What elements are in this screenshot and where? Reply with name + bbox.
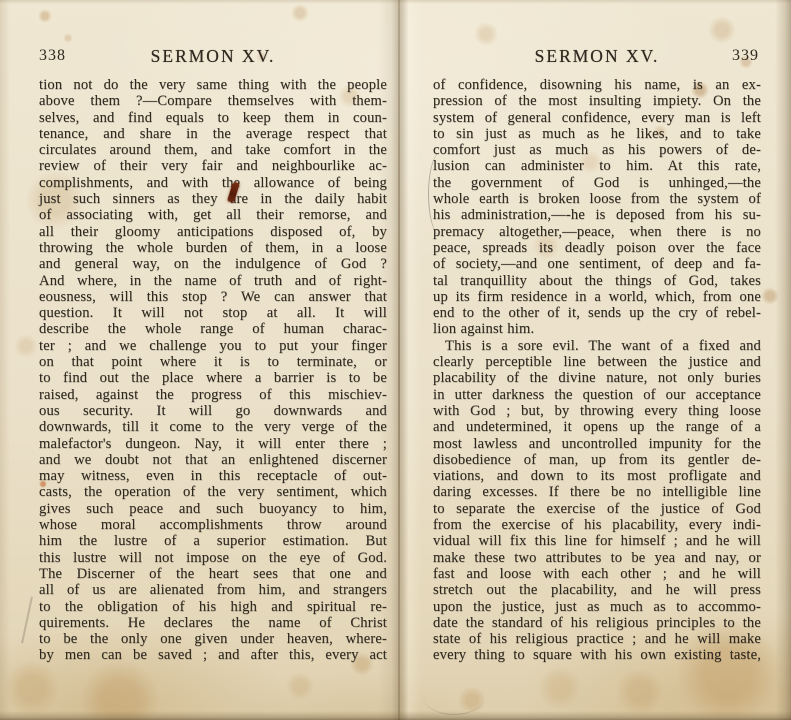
text-line: and general way, on the indulgence of Go… bbox=[39, 256, 387, 272]
text-line: comfort just as much as his powers of de… bbox=[433, 142, 761, 158]
text-line: whole earth is broken loose from the sys… bbox=[433, 191, 761, 207]
right-page-text: of confidence, disowning his name, is an… bbox=[433, 77, 761, 664]
text-line: complishments, and with the allowance of… bbox=[39, 175, 387, 191]
text-line: The Discerner of the heart sees that one… bbox=[39, 566, 387, 582]
text-line: most lawless and uncontrolled impunity f… bbox=[433, 436, 761, 452]
text-line: the government of God is unhinged,—the bbox=[433, 175, 761, 191]
text-line: of society,—and one sentiment, of deep a… bbox=[433, 256, 761, 272]
text-line: state of his religious practice ; and he… bbox=[433, 631, 761, 647]
text-line: peace, spreads its deadly poison over th… bbox=[433, 240, 761, 256]
book-spread: 338 SERMON XV. tion not do the very same… bbox=[0, 0, 791, 720]
text-line: system of general confidence, every man … bbox=[433, 110, 761, 126]
text-line: stretch out the placability, and he will… bbox=[433, 582, 761, 598]
text-line: and we doubt not that an enlightened dis… bbox=[39, 452, 387, 468]
text-line: his administration,—-he is deposed from … bbox=[433, 207, 761, 223]
text-line: end to the other of it, sends up the cry… bbox=[433, 305, 761, 321]
text-line: him the lustre of a superior estimation.… bbox=[39, 533, 387, 549]
left-page-text: tion not do the very same thing with the… bbox=[39, 77, 387, 664]
book-gutter-crease bbox=[398, 0, 400, 720]
left-page: 338 SERMON XV. tion not do the very same… bbox=[39, 46, 387, 664]
text-line: make these two attributes to be yea and … bbox=[433, 550, 761, 566]
running-header-left: SERMON XV. bbox=[151, 46, 276, 67]
text-line: daring excesses. If there be no intellig… bbox=[433, 484, 761, 500]
page-edge-right bbox=[775, 0, 791, 720]
text-line: downwards, till it come to the very verg… bbox=[39, 419, 387, 435]
text-line: And where, in the name of truth and of r… bbox=[39, 273, 387, 289]
text-line: date the standard of his religious princ… bbox=[433, 615, 761, 631]
text-line: raised, against the progress of this mis… bbox=[39, 387, 387, 403]
text-line: above them ?—Compare themselves with the… bbox=[39, 93, 387, 109]
text-line: describe the whole range of human charac… bbox=[39, 321, 387, 337]
text-line: to the obligation of his high and spirit… bbox=[39, 599, 387, 615]
text-line: to find out the place where a barrier is… bbox=[39, 370, 387, 386]
text-line: this lustre will not impose on the eye o… bbox=[39, 550, 387, 566]
text-line: to sin just as much as he likes, and to … bbox=[433, 126, 761, 142]
text-line: tenance, and share in the average respec… bbox=[39, 126, 387, 142]
text-line: by men can be saved ; and after this, ev… bbox=[39, 647, 387, 663]
text-line: just such sinners as they are in the dai… bbox=[39, 191, 387, 207]
text-line: quirements. He declares the name of Chri… bbox=[39, 615, 387, 631]
text-line: ous security. It will go downwards and bbox=[39, 403, 387, 419]
text-line: lion against him. bbox=[433, 321, 761, 337]
running-header-right: SERMON XV. bbox=[535, 46, 660, 67]
text-line: from the exercise of his placability, ev… bbox=[433, 517, 761, 533]
text-line: premacy altogether,—peace, when there is… bbox=[433, 224, 761, 240]
text-line: circulates around them, and take comfort… bbox=[39, 142, 387, 158]
text-line: disobedience of man, up from its gentler… bbox=[433, 452, 761, 468]
pencil-mark-parenthesis bbox=[428, 152, 441, 236]
text-line: lusion can administer to him. At this ra… bbox=[433, 158, 761, 174]
text-line: review of their very fair and neighbourl… bbox=[39, 158, 387, 174]
page-number-right: 339 bbox=[732, 47, 759, 65]
text-line: gives such peace and such buoyancy to hi… bbox=[39, 501, 387, 517]
text-line: pression of the most insulting impiety. … bbox=[433, 93, 761, 109]
text-line: all their gloomy anticipations disposed … bbox=[39, 224, 387, 240]
text-line: all of us are alienated from him, and st… bbox=[39, 582, 387, 598]
text-line: eousness, will this stop ? We can answer… bbox=[39, 289, 387, 305]
text-line: vidual will fix this line for himself ; … bbox=[433, 533, 761, 549]
text-line: fast and loose with each other ; and he … bbox=[433, 566, 761, 582]
text-line: to separate the exercise of the justice … bbox=[433, 501, 761, 517]
text-line: throwing the whole burden of them, in a … bbox=[39, 240, 387, 256]
text-line: every thing to square with his own exist… bbox=[433, 647, 761, 663]
pencil-mark-slash bbox=[21, 596, 33, 643]
page-edge-bottom bbox=[0, 711, 791, 720]
text-line: tal tranquillity about the things of God… bbox=[433, 273, 761, 289]
text-line: clearly perceptible line between the jus… bbox=[433, 354, 761, 370]
text-line: of associating with, get all their remor… bbox=[39, 207, 387, 223]
text-line: with God ; but, by throwing every thing … bbox=[433, 403, 761, 419]
left-page-header-row: 338 SERMON XV. bbox=[39, 46, 387, 70]
page-number-left: 338 bbox=[39, 47, 66, 65]
text-line: tion not do the very same thing with the… bbox=[39, 77, 387, 93]
text-line: up its firm residence in a world, which,… bbox=[433, 289, 761, 305]
text-line: to be the only one given under heaven, w… bbox=[39, 631, 387, 647]
text-line: ter ; and we challenge you to put your f… bbox=[39, 338, 387, 354]
text-line: on that point where it is to terminate, … bbox=[39, 354, 387, 370]
text-line: and undetermined, it opens up the range … bbox=[433, 419, 761, 435]
text-line: selves, and find equals to keep them in … bbox=[39, 110, 387, 126]
text-line: malefactor's dungeon. Nay, it will enter… bbox=[39, 436, 387, 452]
text-line: may witness, even in this receptacle of … bbox=[39, 468, 387, 484]
text-line: in utter darkness the question of our ac… bbox=[433, 387, 761, 403]
text-line: This is a sore evil. The want of a fixed… bbox=[433, 338, 761, 354]
page-edge-left bbox=[0, 0, 10, 720]
text-line: upon the justice, just as much as to acc… bbox=[433, 599, 761, 615]
text-line: of confidence, disowning his name, is an… bbox=[433, 77, 761, 93]
text-line: whose moral accomplishments throw around bbox=[39, 517, 387, 533]
text-line: placability of the divine nature, not on… bbox=[433, 370, 761, 386]
right-page-header-row: SERMON XV. 339 bbox=[433, 46, 761, 70]
book-gutter-shadow bbox=[378, 0, 422, 720]
text-line: casts, the operation of the very sentime… bbox=[39, 484, 387, 500]
text-line: question. It will not stop at all. It wi… bbox=[39, 305, 387, 321]
right-page: SERMON XV. 339 of confidence, disowning … bbox=[433, 46, 761, 664]
text-line: viations, and down to its most profligat… bbox=[433, 468, 761, 484]
page-edge-top bbox=[0, 0, 791, 4]
